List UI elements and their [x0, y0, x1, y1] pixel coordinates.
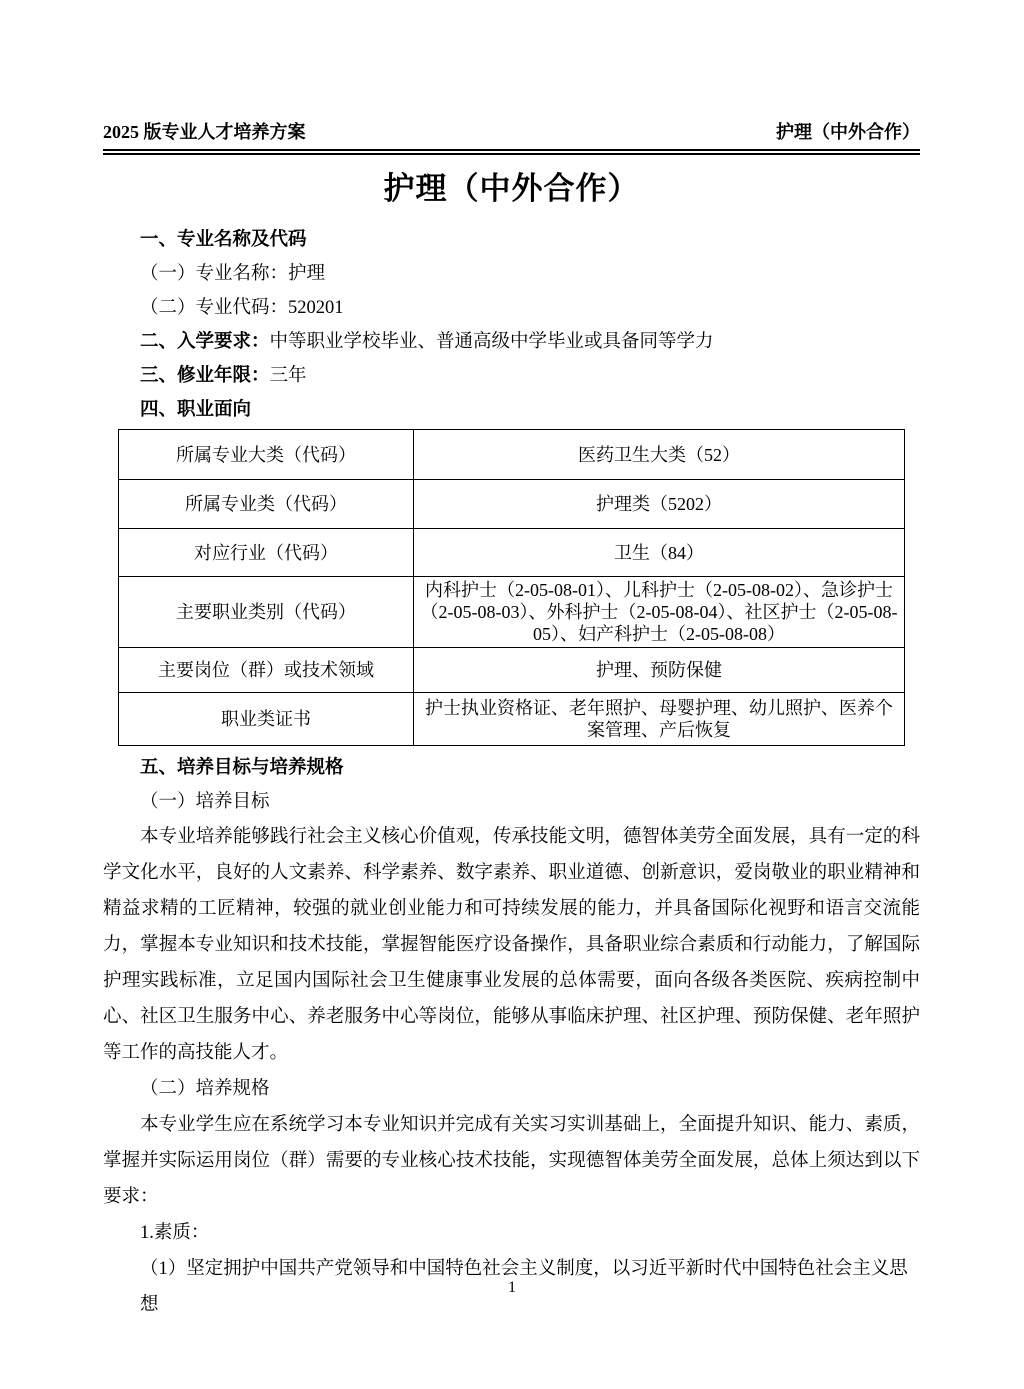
- table-row: 对应行业（代码） 卫生（84）: [119, 529, 905, 577]
- row-label-cell: 所属专业类（代码）: [119, 480, 414, 529]
- header-left-text: 2025 版专业人才培养方案: [103, 121, 306, 143]
- row-label-cell: 对应行业（代码）: [119, 529, 414, 577]
- section3-label: 三、修业年限：: [140, 366, 270, 386]
- table-row: 所属专业类（代码） 护理类（5202）: [119, 480, 905, 529]
- row-value-cell: 护理类（5202）: [414, 480, 905, 529]
- row-label-cell: 主要职业类别（代码）: [119, 577, 414, 648]
- row-value-cell: 护士执业资格证、老年照护、母婴护理、幼儿照护、医养个案管理、产后恢复: [414, 693, 905, 746]
- intro-sections: 一、专业名称及代码 （一）专业名称：护理 （二）专业代码：520201 二、入学…: [103, 223, 920, 427]
- section2-label: 二、入学要求：: [140, 332, 270, 352]
- section5-sub1-heading: （一）培养目标: [103, 785, 920, 819]
- table-row: 所属专业大类（代码） 医药卫生大类（52）: [119, 430, 905, 480]
- section5-sub2-heading: （二）培养规格: [103, 1071, 920, 1107]
- row-value-cell: 护理、预防保健: [414, 648, 905, 693]
- row-value-cell: 医药卫生大类（52）: [414, 430, 905, 480]
- section2-text: 中等职业学校毕业、普通高级中学毕业或具备同等学力: [270, 332, 714, 352]
- section3-line: 三、修业年限：三年: [103, 359, 920, 393]
- section2-line: 二、入学要求：中等职业学校毕业、普通高级中学毕业或具备同等学力: [103, 325, 920, 359]
- section5: 五、培养目标与培养规格 （一）培养目标 本专业培养能够践行社会主义核心价值观，传…: [103, 751, 920, 1323]
- table-row: 主要岗位（群）或技术领域 护理、预防保健: [119, 648, 905, 693]
- section1-item-name: （一）专业名称：护理: [103, 257, 920, 291]
- quality-heading: 1.素质：: [103, 1215, 920, 1251]
- row-value-cell: 卫生（84）: [414, 529, 905, 577]
- section4-heading: 四、职业面向: [103, 393, 920, 427]
- row-label-cell: 职业类证书: [119, 693, 414, 746]
- row-value-cell: 内科护士（2-05-08-01）、儿科护士（2-05-08-02）、急诊护士（2…: [414, 577, 905, 648]
- header-right-text: 护理（中外合作）: [776, 121, 920, 143]
- section1-heading: 一、专业名称及代码: [103, 223, 920, 257]
- row-label-cell: 所属专业大类（代码）: [119, 430, 414, 480]
- section3-text: 三年: [270, 366, 307, 386]
- page-number: 1: [0, 1278, 1024, 1298]
- doc-title: 护理（中外合作）: [103, 168, 920, 210]
- training-objective-paragraph: 本专业培养能够践行社会主义核心价值观，传承技能文明，德智体美劳全面发展，具有一定…: [103, 819, 920, 1071]
- row-label-cell: 主要岗位（群）或技术领域: [119, 648, 414, 693]
- section1-item-code: （二）专业代码：520201: [103, 291, 920, 325]
- page-header: 2025 版专业人才培养方案 护理（中外合作）: [103, 121, 920, 155]
- document-page: 2025 版专业人才培养方案 护理（中外合作） 护理（中外合作） 一、专业名称及…: [0, 0, 1024, 1389]
- section5-heading: 五、培养目标与培养规格: [103, 751, 920, 785]
- training-spec-paragraph: 本专业学生应在系统学习本专业知识并完成有关实习实训基础上，全面提升知识、能力、素…: [103, 1107, 920, 1215]
- table-row: 职业类证书 护士执业资格证、老年照护、母婴护理、幼儿照护、医养个案管理、产后恢复: [119, 693, 905, 746]
- career-orientation-table: 所属专业大类（代码） 医药卫生大类（52） 所属专业类（代码） 护理类（5202…: [118, 429, 905, 746]
- table-row: 主要职业类别（代码） 内科护士（2-05-08-01）、儿科护士（2-05-08…: [119, 577, 905, 648]
